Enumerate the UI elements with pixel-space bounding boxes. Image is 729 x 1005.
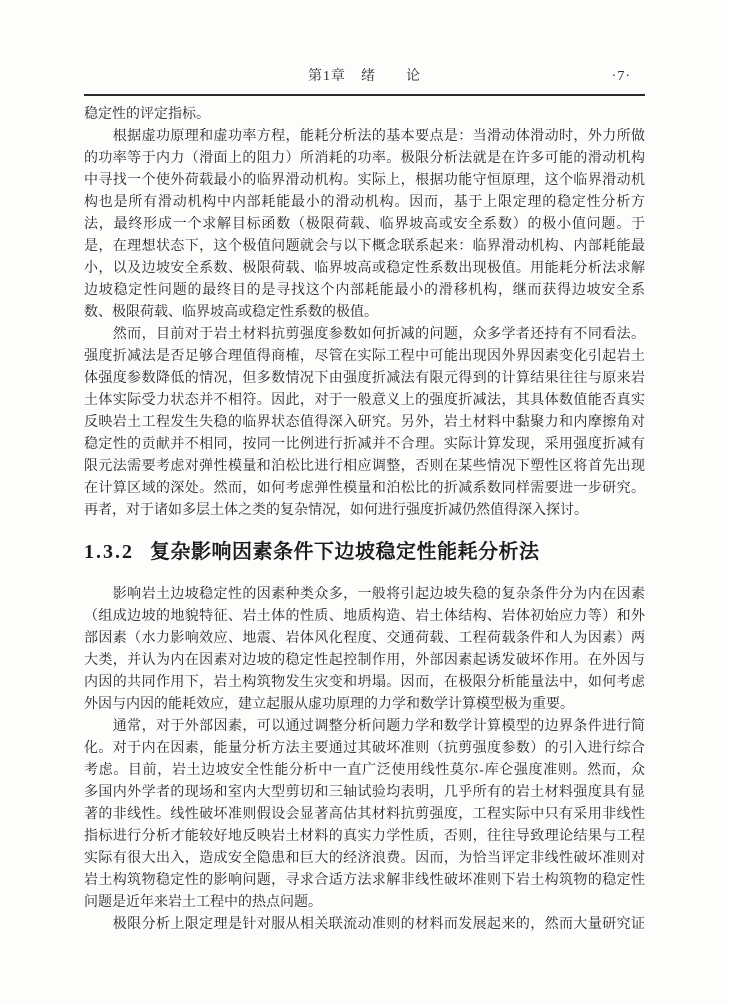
text-line: 中寻找一个使外荷载最小的临界滑动机构。实际上，根据功能守恒原理，这个临界滑动机 bbox=[84, 170, 645, 192]
text-line: 大类，并认为内在因素对边坡的稳定性起控制作用，外部因素起诱发破坏作用。在外因与 bbox=[84, 650, 645, 672]
text-line: 通常，对于外部因素，可以通过调整分析问题力学和数学计算模型的边界条件进行简 bbox=[84, 716, 645, 738]
text-line: 实际有很大出入，造成安全隐患和巨大的经济浪费。因而，为恰当评定非线性破坏准则对 bbox=[84, 848, 645, 870]
text-line: 强度折减法是否足够合理值得商榷，尽管在实际工程中可能出现因外界因素变化引起岩土 bbox=[84, 346, 645, 368]
text-line: （组成边坡的地貌特征、岩土体的性质、地质构造、岩土体结构、岩体初始应力等）和外 bbox=[84, 606, 645, 628]
text-line: 边坡稳定性问题的最终目的是寻找这个内部耗能最小的滑移机构，继而获得边坡安全系 bbox=[84, 280, 645, 302]
text-line: 构也是所有滑动机构中内部耗能最小的滑动机构。因而，基于上限定理的稳定性分析方 bbox=[84, 192, 645, 214]
text-line: 是，在理想状态下，这个极值问题就会与以下概念联系起来：临界滑动机构、内部耗能最 bbox=[84, 236, 645, 258]
text-line: 再者，对于诸如多层土体之类的复杂情况，如何进行强度折减仍然值得深入探讨。 bbox=[84, 500, 645, 522]
text-line: 化。对于内在因素，能量分析方法主要通过其破坏准则（抗剪强度参数）的引入进行综合 bbox=[84, 738, 645, 760]
text-line: 小，以及边坡安全系数、极限荷载、临界坡高或稳定性系数出现极值。用能耗分析法求解 bbox=[84, 258, 645, 280]
text-line: 反映岩土工程发生失稳的临界状态值得深入研究。另外，岩土材料中黏聚力和内摩擦角对 bbox=[84, 412, 645, 434]
paragraph: 然而，目前对于岩土材料抗剪强度参数如何折减的问题，众多学者还持有不同看法。强度折… bbox=[84, 324, 645, 522]
text-line: 指标进行分析才能较好地反映岩土材料的真实力学性质，否则，往往导致理论结果与工程 bbox=[84, 826, 645, 848]
text-line: 土体实际受力状态并不相符。因此，对于一般意义上的强度折减法，其具体数值能否真实 bbox=[84, 390, 645, 412]
body-text: 稳定性的评定指标。 根据虚功原理和虚功率方程，能耗分析法的基本要点是：当滑动体滑… bbox=[84, 104, 645, 936]
page-header: 第1章 绪 论 ·7· bbox=[84, 66, 645, 88]
text-line: 根据虚功原理和虚功率方程，能耗分析法的基本要点是：当滑动体滑动时，外力所做 bbox=[84, 126, 645, 148]
section-heading: 1.3.2复杂影响因素条件下边坡稳定性能耗分析法 bbox=[84, 538, 645, 566]
text-line: 限元法需要考虑对弹性模量和泊松比进行相应调整，否则在某些情况下塑性区将首先出现 bbox=[84, 456, 645, 478]
paragraph: 稳定性的评定指标。 bbox=[84, 104, 645, 126]
text-line: 然而，目前对于岩土材料抗剪强度参数如何折减的问题，众多学者还持有不同看法。 bbox=[84, 324, 645, 346]
text-line: 外因与内因的能耗效应，建立起服从虚功原理的力学和数学计算模型极为重要。 bbox=[84, 694, 645, 716]
text-line: 内因的共同作用下，岩土构筑物发生灾变和坍塌。因而，在极限分析能量法中，如何考虑 bbox=[84, 672, 645, 694]
header-rule bbox=[84, 94, 645, 96]
text-line: 部因素（水力影响效应、地震、岩体风化程度、交通荷载、工程荷载条件和人为因素）两 bbox=[84, 628, 645, 650]
text-line: 稳定性的贡献并不相同，按同一比例进行折减并不合理。实际计算发现，采用强度折减有 bbox=[84, 434, 645, 456]
paragraph: 通常，对于外部因素，可以通过调整分析问题力学和数学计算模型的边界条件进行简化。对… bbox=[84, 716, 645, 914]
text-line: 岩土构筑物稳定性的影响问题，寻求合适方法求解非线性破坏准则下岩土构筑物的稳定性 bbox=[84, 870, 645, 892]
text-line: 考虑。目前，岩土边坡安全性能分析中一直广泛使用线性莫尔-库仑强度准则。然而，众 bbox=[84, 760, 645, 782]
text-line: 在计算区域的深处。然而，如何考虑弹性模量和泊松比的折减系数同样需要进一步研究。 bbox=[84, 478, 645, 500]
page-number: ·7· bbox=[612, 66, 631, 88]
chapter-running-title: 第1章 绪 论 bbox=[84, 66, 645, 88]
text-line: 稳定性的评定指标。 bbox=[84, 104, 645, 126]
text-line: 多国内外学者的现场和室内大型剪切和三轴试验均表明，几乎所有的岩土材料强度具有显 bbox=[84, 782, 645, 804]
text-line: 数、极限荷载、临界坡高或稳定性系数的极值。 bbox=[84, 302, 645, 324]
text-line: 问题是近年来岩土工程中的热点问题。 bbox=[84, 892, 645, 914]
section-number: 1.3.2 bbox=[84, 538, 134, 566]
text-line: 影响岩土边坡稳定性的因素种类众多，一般将引起边坡失稳的复杂条件分为内在因素 bbox=[84, 584, 645, 606]
text-line: 的功率等于内力（滑面上的阻力）所消耗的功率。极限分析法就是在许多可能的滑动机构 bbox=[84, 148, 645, 170]
paragraph: 影响岩土边坡稳定性的因素种类众多，一般将引起边坡失稳的复杂条件分为内在因素（组成… bbox=[84, 584, 645, 716]
section-title: 复杂影响因素条件下边坡稳定性能耗分析法 bbox=[150, 541, 540, 563]
text-line: 体强度参数降低的情况，但多数情况下由强度折减法有限元得到的计算结果往往与原来岩 bbox=[84, 368, 645, 390]
paragraph: 极限分析上限定理是针对服从相关联流动准则的材料而发展起来的，然而大量研究证 bbox=[84, 914, 645, 936]
text-line: 著的非线性。线性破坏准则假设会显著高估其材料抗剪强度，工程实际中只有采用非线性 bbox=[84, 804, 645, 826]
paragraph: 根据虚功原理和虚功率方程，能耗分析法的基本要点是：当滑动体滑动时，外力所做的功率… bbox=[84, 126, 645, 324]
text-line: 法，最终形成一个求解目标函数（极限荷载、临界坡高或安全系数）的极小值问题。于 bbox=[84, 214, 645, 236]
text-line: 极限分析上限定理是针对服从相关联流动准则的材料而发展起来的，然而大量研究证 bbox=[84, 914, 645, 936]
book-page: 第1章 绪 论 ·7· 稳定性的评定指标。 根据虚功原理和虚功率方程，能耗分析法… bbox=[0, 0, 729, 1005]
